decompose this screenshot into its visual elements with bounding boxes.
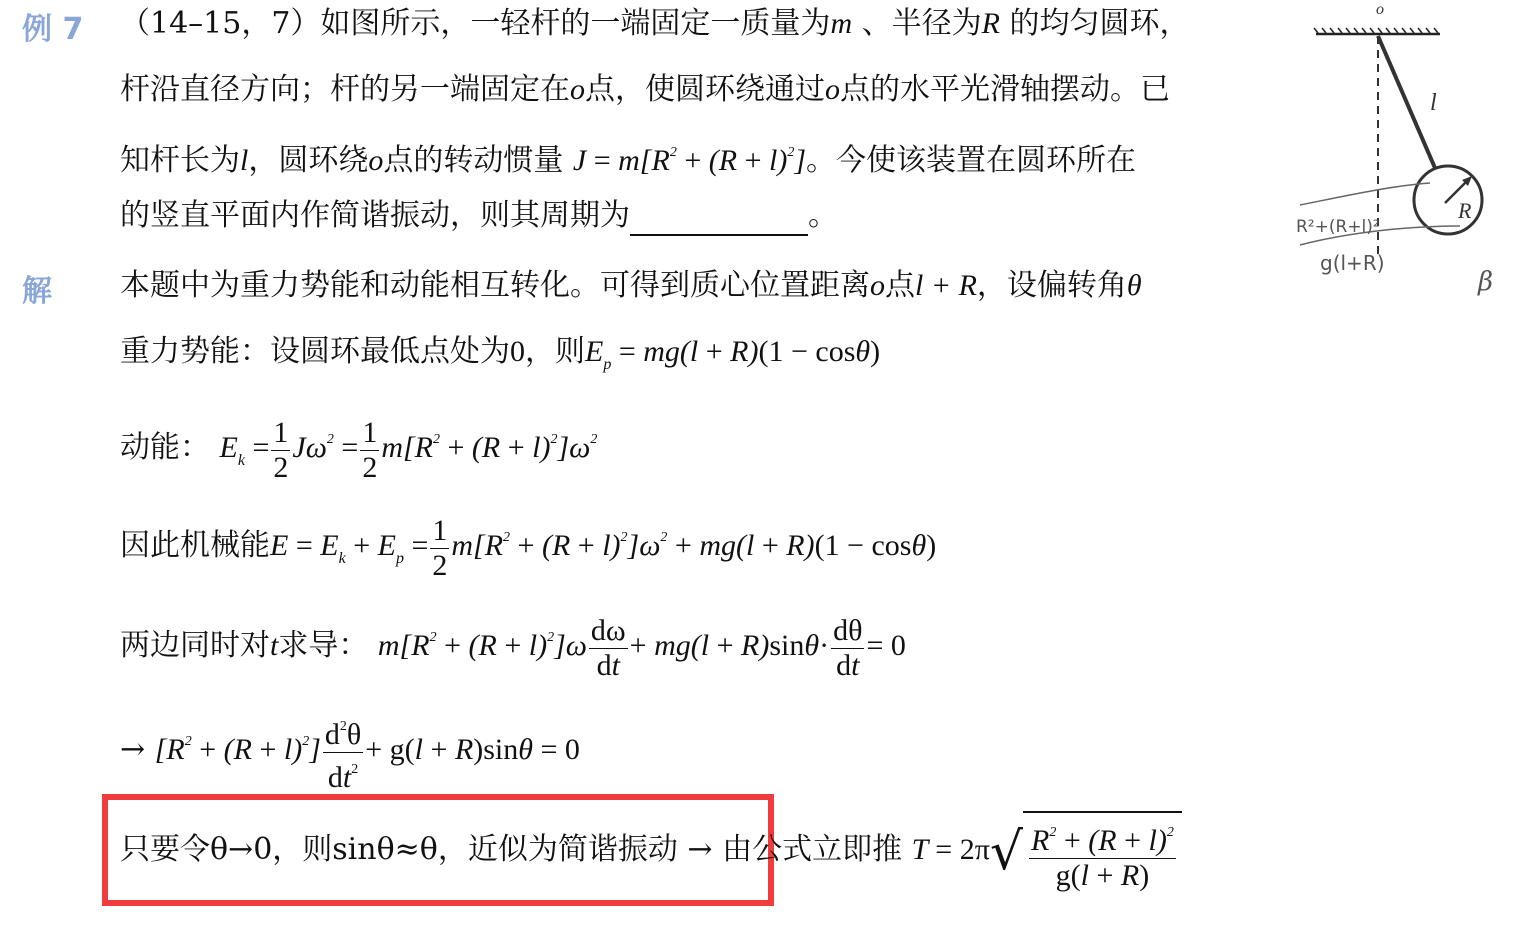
- solution-line-5: 两边同时对t求导： m[R2 + (R + l)2]ωdωdt+ mg(l + …: [120, 598, 906, 686]
- svg-text:g(l+R): g(l+R): [1320, 251, 1385, 275]
- zero-value: 0: [510, 335, 525, 368]
- text: ，则: [525, 334, 585, 369]
- potential-energy-formula: Ep = mg(l + R)(1 − cosθ): [585, 335, 880, 368]
- svg-text:o: o: [1376, 1, 1384, 18]
- equation-of-motion: [R2 + (R + l)2]d2θdt2+ g(l + R)sinθ = 0: [155, 733, 580, 766]
- kinetic-energy-formula: Ek =12Jω2 =12m[R2 + (R + l)2]ω2: [220, 431, 598, 464]
- text: 、半径为: [862, 6, 982, 41]
- answer-blank: [630, 204, 808, 236]
- text: （14–15，7）如图所示，一轻杆的一端固定一质量为: [120, 6, 830, 41]
- text: ，设偏转角: [977, 268, 1127, 303]
- text: 重力势能：设圆环最低点处为: [120, 334, 510, 369]
- text: 点的转动惯量: [383, 143, 563, 178]
- period-formula: T = 2π√R2 + (R + l)2g(l + R): [912, 833, 1182, 866]
- solution-label: 解: [22, 266, 52, 310]
- svg-text:β: β: [1477, 267, 1493, 297]
- svg-text:R²+(R+l)²: R²+(R+l)²: [1296, 217, 1380, 237]
- question-line-2: 杆沿直径方向；杆的另一端固定在o点，使圆环绕通过o点的水平光滑轴摆动。已: [120, 70, 1170, 110]
- text: 知杆长为: [120, 143, 240, 178]
- question-line-3: 知杆长为l，圆环绕o点的转动惯量 J = m[R2 + (R + l)2]。今使…: [120, 133, 1136, 181]
- text: 的均匀圆环，: [1010, 6, 1190, 41]
- distance-expression: l + R: [915, 269, 977, 302]
- solution-line-3: 动能： Ek =12Jω2 =12m[R2 + (R + l)2]ω2: [120, 400, 597, 501]
- moment-of-inertia-formula: J = m[R2 + (R + l)2]: [573, 144, 806, 177]
- var-R: R: [982, 7, 1000, 40]
- text: 因此机械能: [120, 528, 270, 563]
- question-line-1: （14–15，7）如图所示，一轻杆的一端固定一质量为m 、半径为R 的均匀圆环，: [120, 4, 1190, 44]
- solution-line-6: → [R2 + (R + l)2]d2θdt2+ g(l + R)sinθ = …: [120, 702, 580, 795]
- text: 。: [808, 198, 838, 233]
- text: ，圆环绕: [248, 143, 368, 178]
- var-o: o: [825, 73, 840, 106]
- text: 两边同时对: [120, 628, 270, 663]
- example-label: 例 7: [22, 4, 83, 48]
- var-o: o: [368, 144, 383, 177]
- svg-text:l: l: [1430, 90, 1437, 116]
- var-theta: θ: [1127, 269, 1142, 302]
- text: 点: [885, 268, 915, 303]
- text: 的竖直平面内作简谐振动，则其周期为: [120, 198, 630, 233]
- svg-text:R: R: [1457, 198, 1472, 223]
- var-m: m: [830, 7, 852, 40]
- arrow-icon: →: [687, 832, 712, 867]
- solution-line-2: 重力势能：设圆环最低点处为0，则Ep = mg(l + R)(1 − cosθ): [120, 332, 880, 385]
- text: 点的水平光滑轴摆动。已: [840, 72, 1170, 107]
- solution-line-1: 本题中为重力势能和动能相互转化。可得到质心位置距离o点l + R，设偏转角θ: [120, 266, 1142, 306]
- text: 本题中为重力势能和动能相互转化。可得到质心位置距离: [120, 268, 870, 303]
- var-o: o: [870, 269, 885, 302]
- mechanical-energy-formula: E = Ek + Ep =12m[R2 + (R + l)2]ω2 + mg(l…: [270, 529, 936, 562]
- solution-line-7: 只要令θ→0，则sinθ≈θ，近似为简谐振动 → 由公式立即推 T = 2π√R…: [120, 810, 1182, 893]
- arrow-icon: →: [120, 732, 145, 767]
- text: 求导：: [278, 628, 368, 663]
- small-angle-approximation: 只要令θ→0，则sinθ≈θ，近似为简谐振动: [120, 832, 678, 867]
- text: 。今使该装置在圆环所在: [806, 143, 1136, 178]
- text: 动能：: [120, 430, 210, 465]
- question-line-4: 的竖直平面内作简谐振动，则其周期为。: [120, 196, 838, 236]
- derivative-equation: m[R2 + (R + l)2]ωdωdt+ mg(l + R)sinθ·dθd…: [378, 629, 906, 662]
- text: 点，使圆环绕通过: [585, 72, 825, 107]
- text: 由公式立即推: [722, 832, 902, 867]
- pendulum-figure: o l R R²+(R+l)² g(l+R) β: [1290, 0, 1538, 310]
- var-o: o: [570, 73, 585, 106]
- solution-line-4: 因此机械能E = Ek + Ep =12m[R2 + (R + l)2]ω2 +…: [120, 498, 936, 599]
- text: 杆沿直径方向；杆的另一端固定在: [120, 72, 570, 107]
- pendulum-diagram: o l R R²+(R+l)² g(l+R) β: [1290, 0, 1538, 310]
